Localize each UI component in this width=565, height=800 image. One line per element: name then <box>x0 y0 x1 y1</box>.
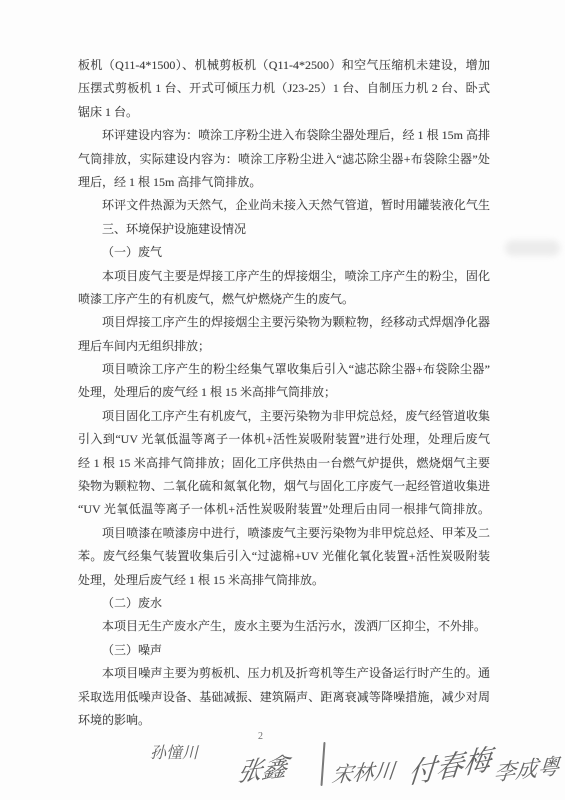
text-line: （一）废气 <box>78 241 490 264</box>
text-line: 理后，经 1 根 15m 高排气筒排放。 <box>78 171 490 194</box>
text-line: 环境的影响。 <box>78 709 490 732</box>
text-line: 本项目噪声主要为剪板机、压力机及折弯机等生产设备运行时产生的。通过 <box>78 662 490 685</box>
document-page: 板机（Q11-4*1500）、机械剪板机（Q11-4*2500）和空气压缩机未建… <box>0 0 565 800</box>
text-line: （二）废水 <box>78 592 490 615</box>
text-line: 理后车间内无组织排放； <box>78 335 490 358</box>
signature: 张鑫 <box>235 746 292 789</box>
scan-artifact <box>505 240 560 256</box>
text-line: 环评建设内容为：喷涂工序粉尘进入布袋除尘器处理后，经 1 根 15m 高排 <box>78 124 490 147</box>
text-line: 项目固化工序产生有机废气，主要污染物为非甲烷总烃，废气经管道收集后 <box>78 405 490 428</box>
signature: 孙憧川 <box>150 740 198 763</box>
text-line: 项目喷漆在喷漆房中进行，喷漆废气主要污染物为非甲烷总烃、甲苯及二甲 <box>78 522 490 545</box>
text-line: 喷漆工序产生的有机废气，燃气炉燃烧产生的废气。 <box>78 288 490 311</box>
text-line: 项目喷涂工序产生的粉尘经集气罩收集后引入“滤芯除尘器+布袋除尘器” <box>78 358 490 381</box>
text-line: 染物为颗粒物、二氧化硫和氮氧化物，烟气与固化工序废气一起经管道收集进入 <box>78 475 490 498</box>
text-line: 板机（Q11-4*1500）、机械剪板机（Q11-4*2500）和空气压缩机未建… <box>78 54 490 77</box>
text-line: 三、环境保护设施建设情况 <box>78 218 490 241</box>
text-line: 经 1 根 15 米高排气筒排放；固化工序供热由一台燃气炉提供，燃烧烟气主要污 <box>78 452 490 475</box>
text-line: 压摆式剪板机 1 台、开式可倾压力机（J23-25）1 台、自制压力机 2 台、… <box>78 77 490 100</box>
text-line: 本项目无生产废水产生，废水主要为生活污水，泼洒厂区抑尘，不外排。 <box>78 615 490 638</box>
text-line: 处理，处理后废气经 1 根 15 米高排气筒排放。 <box>78 569 490 592</box>
text-line: 项目焊接工序产生的焊接烟尘主要污染物为颗粒物，经移动式焊烟净化器处 <box>78 311 490 334</box>
signature-stroke <box>320 742 325 786</box>
signature: 宋林川 <box>330 755 396 790</box>
text-line: “UV 光氧低温等离子一体机+活性炭吸附装置”处理后由同一根排气筒排放。 <box>78 498 490 521</box>
signatures-row: 张鑫宋林川付春梅李成粤孙憧川 <box>150 740 565 800</box>
text-line: 环评文件热源为天然气，企业尚未接入天然气管道，暂时用罐装液化气生产。 <box>78 194 490 217</box>
signature: 李成粤 <box>493 749 562 787</box>
text-line: 锯床 1 台。 <box>78 101 490 124</box>
text-line: 苯。废气经集气装置收集后引入“过滤棉+UV 光催化氧化装置+活性炭吸附装置” <box>78 545 490 568</box>
text-line: 采取选用低噪声设备、基础减振、建筑隔声、距离衰减等降噪措施，减少对周围 <box>78 686 490 709</box>
text-line: （三）噪声 <box>78 639 490 662</box>
text-line: 本项目废气主要是焊接工序产生的焊接烟尘，喷涂工序产生的粉尘，固化及 <box>78 265 490 288</box>
signature: 付春梅 <box>406 737 493 793</box>
text-line: 引入到“UV 光氧低温等离子一体机+活性炭吸附装置”进行处理，处理后废气 <box>78 428 490 451</box>
text-line: 气筒排放，实际建设内容为：喷涂工序粉尘进入“滤芯除尘器+布袋除尘器”处 <box>78 148 490 171</box>
document-body: 板机（Q11-4*1500）、机械剪板机（Q11-4*2500）和空气压缩机未建… <box>78 54 490 732</box>
text-line: 处理，处理后的废气经 1 根 15 米高排气筒排放； <box>78 381 490 404</box>
